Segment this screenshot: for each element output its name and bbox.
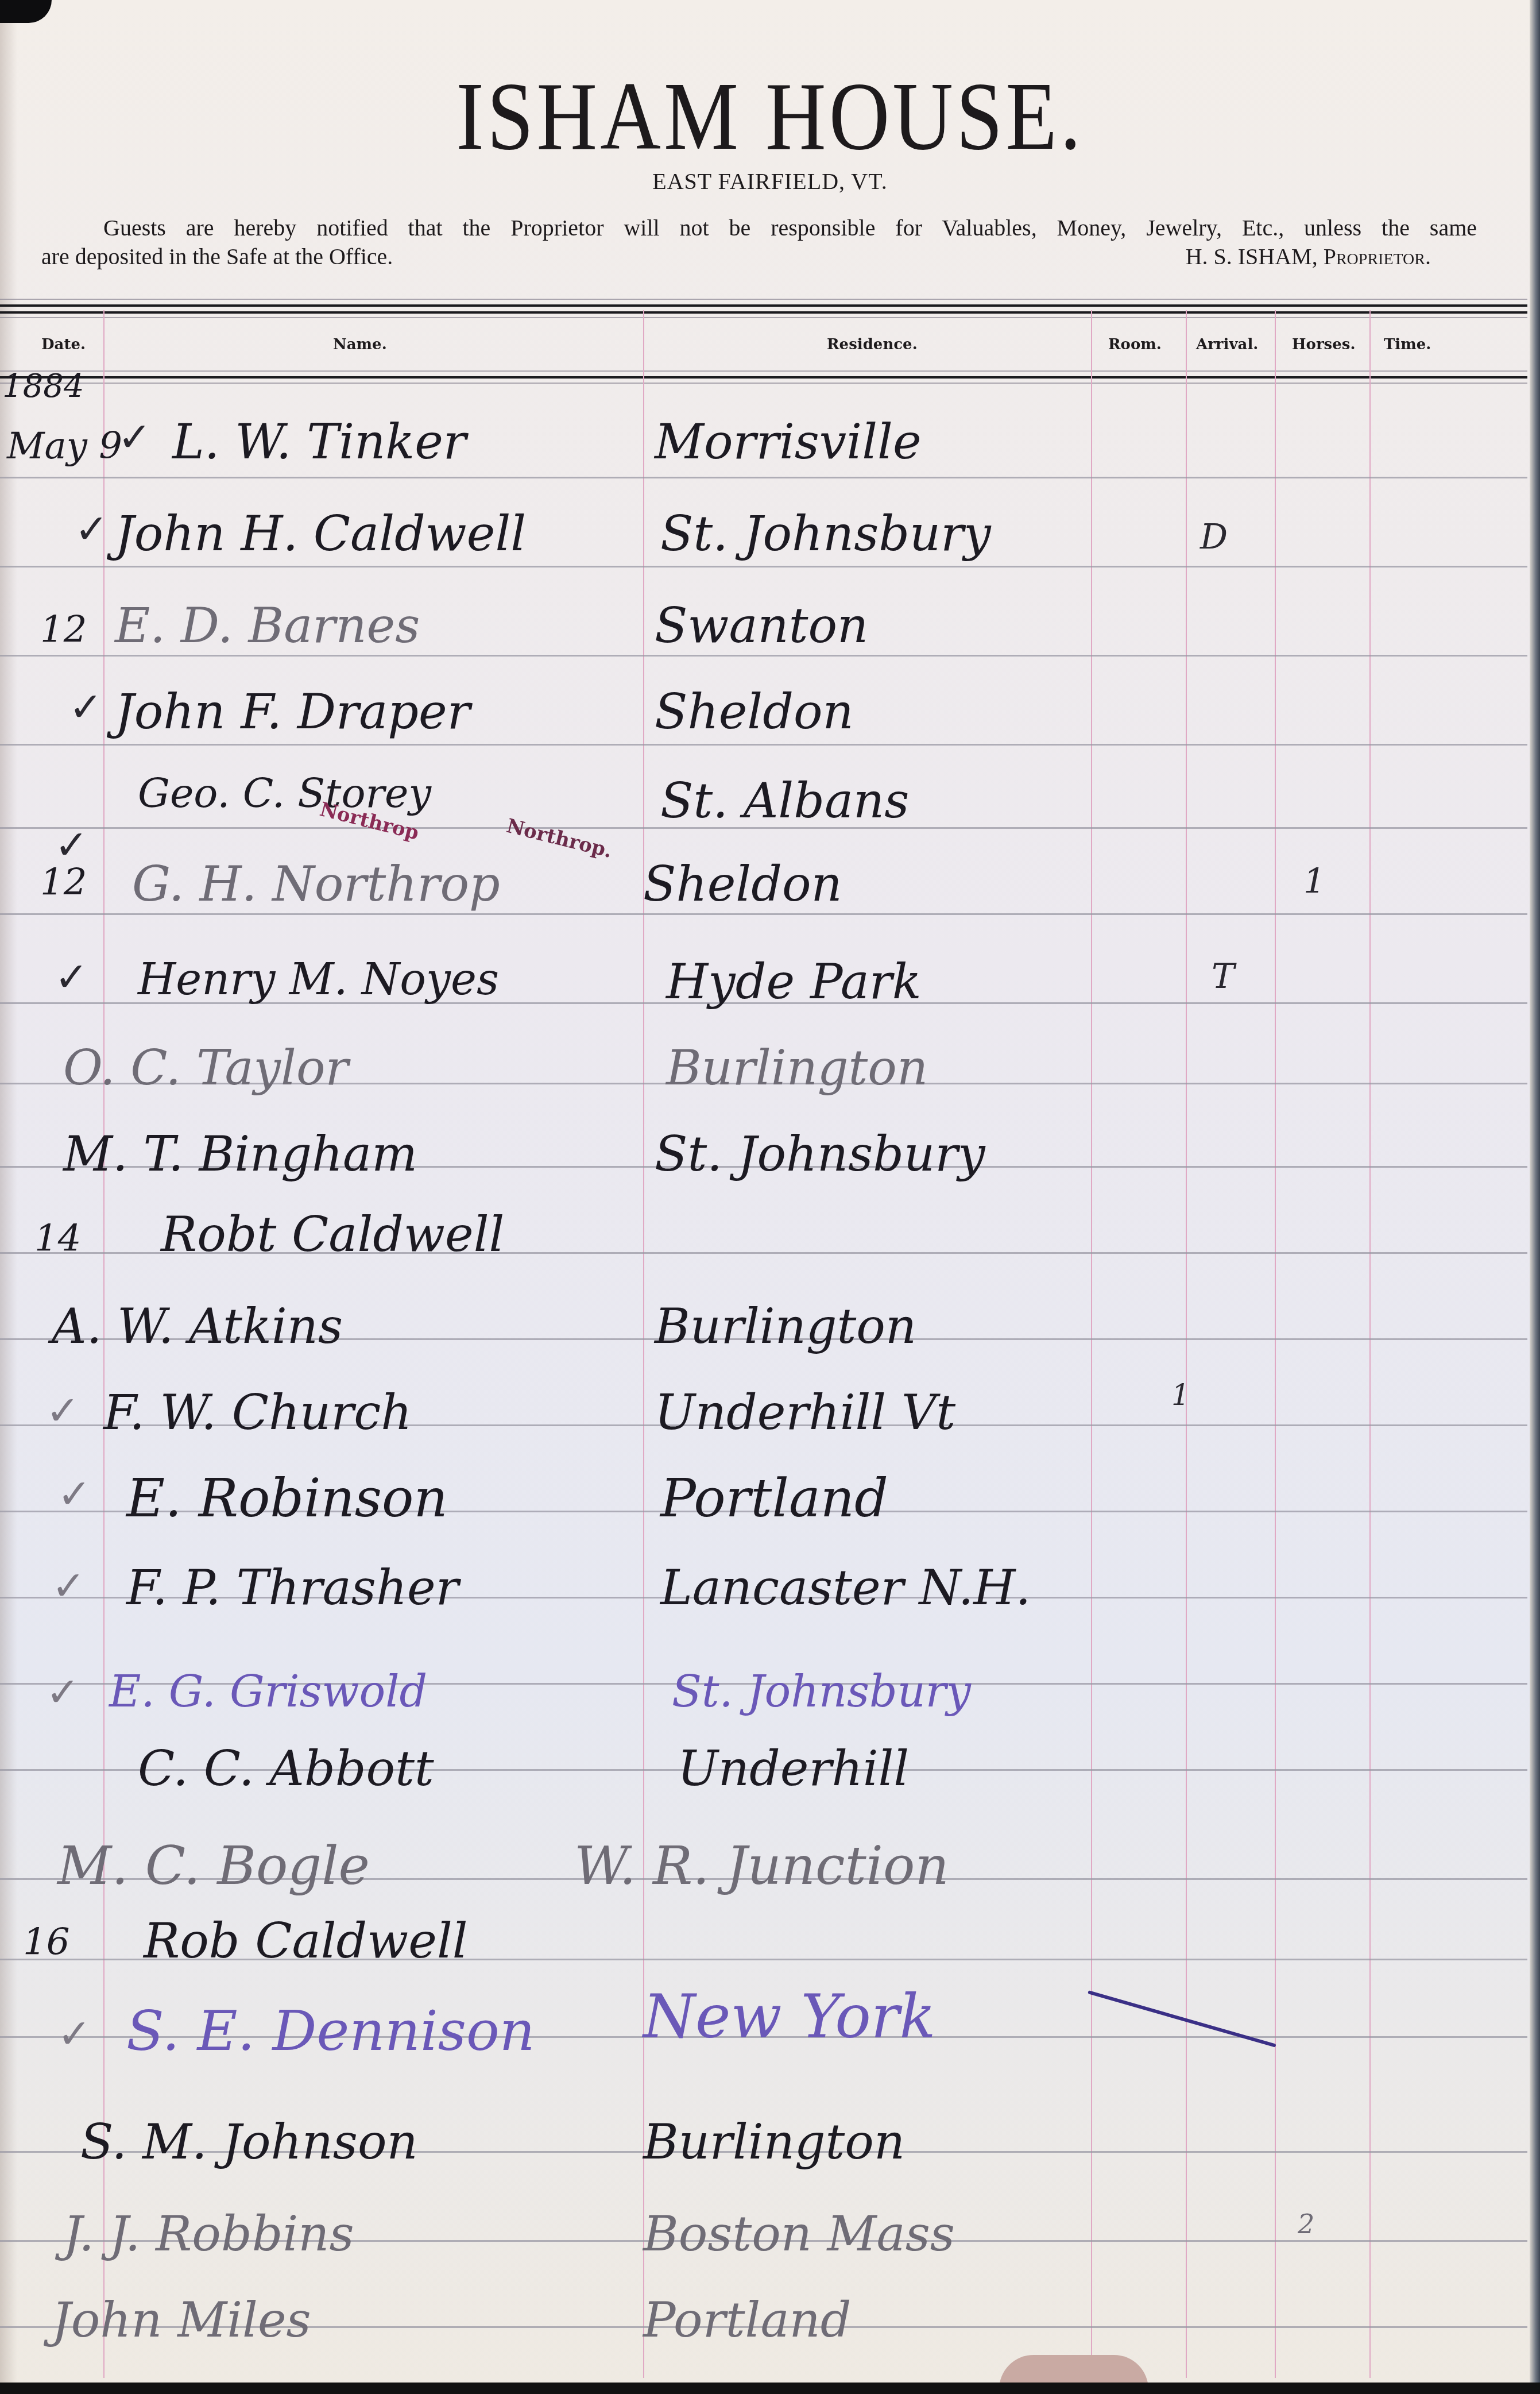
arrival-mark: 1 bbox=[1171, 1379, 1190, 1412]
row-rule bbox=[0, 477, 1527, 478]
guest-name: E. G. Griswold bbox=[109, 1666, 427, 1717]
guest-residence: Burlington bbox=[655, 1298, 916, 1354]
guest-residence: Hyde Park bbox=[666, 953, 922, 1010]
column-header-room: Room. bbox=[1108, 336, 1162, 353]
check-mark-icon: ✓ bbox=[52, 1562, 86, 1609]
guest-residence: St. Johnsbury bbox=[655, 1126, 985, 1182]
guest-name: A. W. Atkins bbox=[52, 1298, 343, 1354]
horses-count: 1 bbox=[1303, 862, 1325, 902]
guest-residence: Swanton bbox=[655, 597, 868, 654]
guest-residence: W. R. Junction bbox=[574, 1835, 949, 1897]
header-rule bbox=[0, 311, 1527, 314]
guest-name: John F. Draper bbox=[115, 684, 470, 740]
column-divider bbox=[1186, 310, 1187, 2378]
header-rule bbox=[0, 370, 1527, 372]
ink-flourish bbox=[1088, 1990, 1276, 2047]
guest-name: G. H. Northrop bbox=[132, 856, 500, 912]
row-rule bbox=[0, 655, 1527, 657]
guest-residence: Burlington bbox=[643, 2114, 905, 2170]
entry-date: 12 bbox=[40, 862, 87, 904]
guest-notice: Guests are hereby notified that the Prop… bbox=[41, 214, 1477, 271]
guest-name: E. D. Barnes bbox=[115, 597, 420, 654]
column-header-date: Date. bbox=[41, 336, 86, 353]
header-rule bbox=[0, 383, 1527, 384]
header-rule bbox=[0, 299, 1527, 300]
guest-name: M. T. Bingham bbox=[63, 1126, 417, 1182]
entry-date: 14 bbox=[34, 1218, 81, 1260]
page-corner-shadow bbox=[0, 0, 52, 23]
check-mark-icon: ✓ bbox=[75, 505, 109, 553]
guest-residence: Boston Mass bbox=[643, 2206, 955, 2262]
guest-name: O. C. Taylor bbox=[63, 1040, 349, 1096]
guest-residence: Underhill Vt bbox=[655, 1384, 955, 1441]
guest-residence: Portland bbox=[660, 1468, 888, 1529]
column-header-arrival: Arrival. bbox=[1196, 336, 1258, 353]
ink-stamp: Northrop. bbox=[504, 814, 614, 863]
page-bottom-edge bbox=[0, 2383, 1540, 2394]
year-label: 1884 bbox=[2, 368, 84, 405]
column-header-time: Time. bbox=[1384, 336, 1431, 353]
notice-line-2: are deposited in the Safe at the Office. bbox=[41, 242, 393, 271]
guest-name: E. Robinson bbox=[126, 1468, 448, 1529]
arrival-mark: T bbox=[1212, 956, 1235, 997]
entry-date: May 9 bbox=[7, 425, 122, 468]
guest-residence: Portland bbox=[643, 2292, 851, 2348]
check-mark-icon: ✓ bbox=[57, 1470, 91, 1518]
guest-name: John Miles bbox=[52, 2292, 311, 2348]
guest-name: F. W. Church bbox=[103, 1384, 412, 1441]
guest-name: C. C. Abbott bbox=[138, 1740, 434, 1797]
guest-name: Robt Caldwell bbox=[161, 1206, 504, 1262]
check-mark-icon: ✓ bbox=[57, 2010, 91, 2057]
column-header-residence: Residence. bbox=[827, 336, 918, 353]
header-rule bbox=[0, 304, 1527, 307]
arrival-mark: D bbox=[1200, 517, 1228, 557]
hotel-title: ISHAM HOUSE. bbox=[108, 60, 1433, 172]
check-mark-icon: ✓ bbox=[118, 414, 152, 461]
guest-name: M. C. Bogle bbox=[57, 1835, 370, 1897]
column-divider bbox=[1369, 310, 1371, 2378]
entry-date: 12 bbox=[40, 609, 87, 651]
guest-residence: New York bbox=[643, 1982, 936, 2052]
row-rule bbox=[0, 913, 1527, 915]
header-rule bbox=[0, 376, 1527, 379]
column-header-name: Name. bbox=[333, 336, 387, 353]
notice-line-1: Guests are hereby notified that the Prop… bbox=[41, 214, 1477, 242]
guest-name: S. M. Johnson bbox=[80, 2114, 418, 2170]
row-rule bbox=[0, 744, 1527, 746]
column-divider bbox=[1275, 310, 1276, 2378]
guest-residence: St. Johnsbury bbox=[672, 1666, 971, 1717]
guest-residence: St. Johnsbury bbox=[660, 505, 991, 562]
check-mark-icon: ✓ bbox=[55, 953, 88, 1001]
page-shadow bbox=[0, 0, 17, 2394]
guest-name: Henry M. Noyes bbox=[138, 953, 499, 1005]
guest-residence: St. Albans bbox=[660, 773, 909, 829]
guest-name: John H. Caldwell bbox=[115, 505, 526, 562]
guest-residence: Burlington bbox=[666, 1040, 928, 1096]
guest-residence: Sheldon bbox=[655, 684, 854, 740]
guest-name: J. J. Robbins bbox=[63, 2206, 354, 2262]
row-rule bbox=[0, 566, 1527, 567]
hotel-location: EAST FAIRFIELD, VT. bbox=[0, 168, 1540, 195]
check-mark-icon: ✓ bbox=[69, 684, 103, 731]
check-mark-icon: ✓ bbox=[46, 1387, 80, 1434]
proprietor-signature: H. S. ISHAM, Proprietor. bbox=[1186, 242, 1431, 271]
column-header-horses: Horses. bbox=[1292, 336, 1355, 353]
column-divider bbox=[643, 310, 644, 2378]
guest-name: Geo. C. Storey bbox=[138, 770, 431, 817]
check-mark-icon: ✓ bbox=[46, 1669, 80, 1716]
guest-name: F. P. Thrasher bbox=[126, 1559, 459, 1616]
guest-name: Rob Caldwell bbox=[144, 1913, 468, 1969]
guest-residence: Sheldon bbox=[643, 856, 842, 912]
guest-name: S. E. Dennison bbox=[126, 1999, 535, 2063]
column-divider bbox=[1091, 310, 1092, 2378]
header-rule bbox=[0, 317, 1527, 318]
guest-residence: Underhill bbox=[678, 1740, 909, 1797]
entry-date: 16 bbox=[23, 1921, 69, 1964]
guest-residence: Morrisville bbox=[655, 414, 922, 470]
horses-count: 2 bbox=[1298, 2208, 1314, 2239]
page-edge bbox=[1530, 0, 1540, 2394]
guest-name: L. W. Tinker bbox=[172, 414, 466, 470]
notice-line-2-row: are deposited in the Safe at the Office.… bbox=[41, 242, 1477, 271]
guest-residence: Lancaster N.H. bbox=[660, 1559, 1031, 1616]
